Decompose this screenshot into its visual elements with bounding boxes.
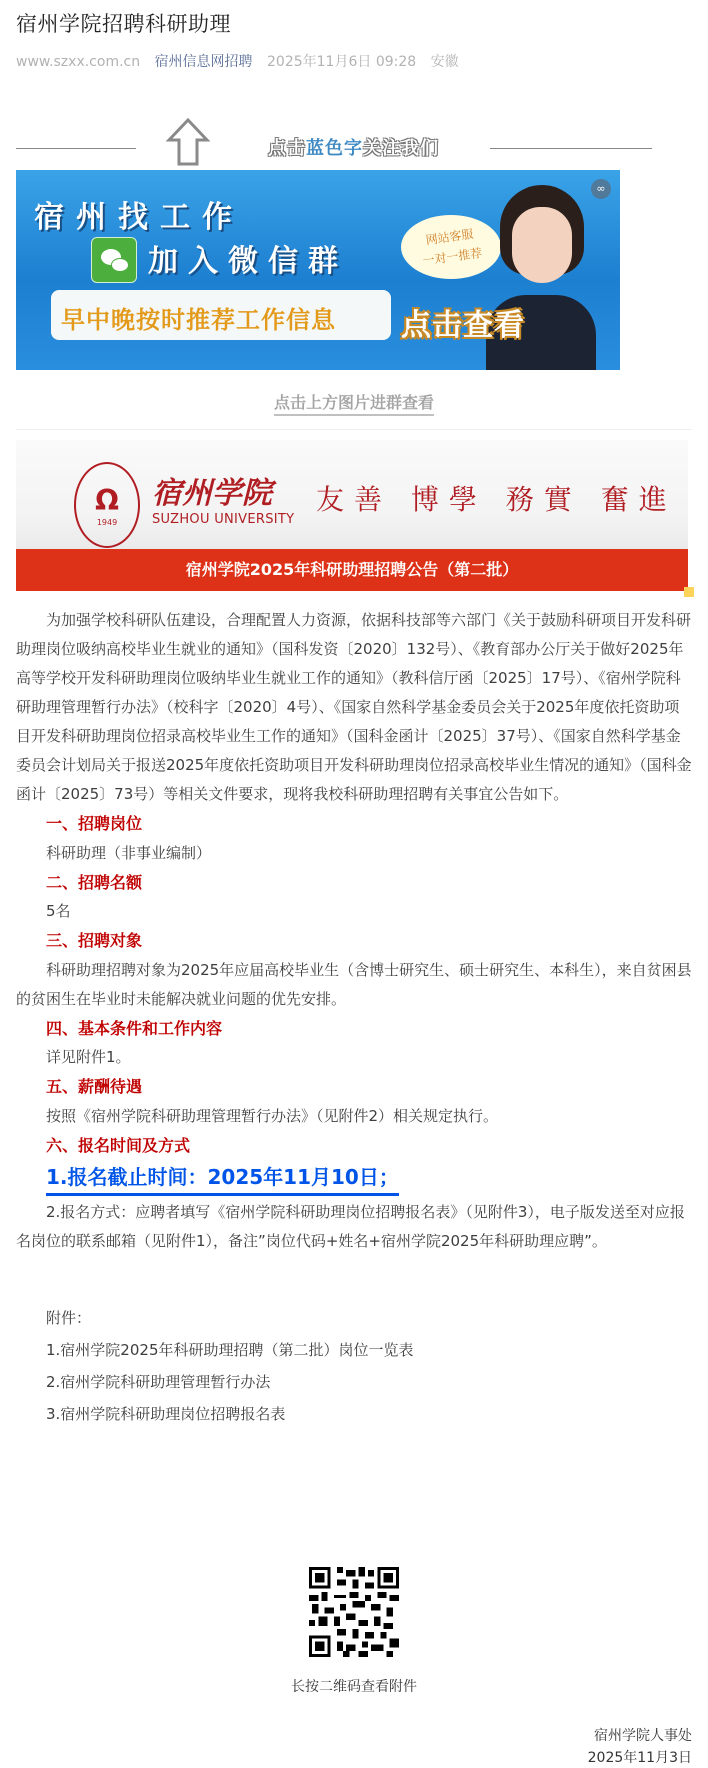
university-header-image: Ω 1949 宿州学院 SUZHOU UNIVERSITY 友善 博學 務實 奮…: [16, 440, 688, 550]
banner-pill: 早中晚按时推荐工作信息: [51, 290, 391, 340]
bubble-line-2: 一对一推荐: [422, 246, 483, 268]
attachments-label: 附件：: [16, 1302, 692, 1334]
section-heading: 六、报名时间及方式: [16, 1131, 692, 1161]
intro-paragraph: 为加强学校科研队伍建设，合理配置人力资源，依据科技部等六部门《关于鼓励科研项目开…: [16, 606, 692, 809]
qr-code-image[interactable]: [309, 1566, 399, 1658]
article-meta: www.szxx.com.cn 宿州信息网招聘 2025年11月6日 09:28…: [16, 51, 459, 71]
attachment-item: 1.宿州学院2025年科研助理招聘（第二批）岗位一览表: [16, 1334, 692, 1366]
section-text: 按照《宿州学院科研助理管理暂行办法》（见附件2）相关规定执行。: [16, 1102, 692, 1131]
university-name-cn: 宿州学院: [152, 468, 272, 512]
click-hint-text: 点击上方图片进群查看: [274, 393, 434, 416]
divider-line-left: [16, 148, 136, 149]
click-hint: 点击上方图片进群查看: [0, 390, 708, 413]
university-seal-icon: Ω 1949: [74, 462, 140, 548]
follow-prefix: 点击: [268, 138, 306, 159]
section-heading: 五、薪酬待遇: [16, 1072, 692, 1102]
bubble-line-1: 网站客服: [425, 227, 474, 248]
banner-headline: 宿州找工作: [34, 192, 244, 236]
divider-line-right: [490, 148, 652, 149]
signature-date: 2025年11月3日: [588, 1747, 692, 1768]
signature-org: 宿州学院人事处: [588, 1725, 692, 1747]
university-motto: 友善 博學 務實 奮進: [316, 478, 677, 518]
section-text: 详见附件1。: [16, 1043, 692, 1072]
section-heading: 二、招聘名额: [16, 868, 692, 898]
section-heading: 一、招聘岗位: [16, 809, 692, 839]
deadline-text: 1.报名截止时间：2025年11月10日；: [46, 1162, 399, 1196]
follow-us-text[interactable]: 点击蓝色字关注我们: [268, 134, 439, 160]
link-icon: ∞: [591, 179, 611, 199]
section-text: 科研助理（非事业编制）: [16, 839, 692, 868]
section-divider: [16, 429, 692, 430]
deadline-highlight: 1.报名截止时间：2025年11月10日；: [16, 1162, 692, 1196]
notice-title: 宿州学院2025年科研助理招聘公告（第二批）: [186, 560, 519, 579]
up-arrow-icon: [166, 118, 210, 166]
source-domain: www.szxx.com.cn: [16, 54, 140, 70]
application-method: 2.报名方式：应聘者填写《宿州学院科研助理岗位招聘报名表》（见附件3），电子版发…: [16, 1198, 692, 1256]
section-heading: 四、基本条件和工作内容: [16, 1014, 692, 1044]
section-text: 科研助理招聘对象为2025年应届高校毕业生（含博士研究生、硕士研究生、本科生），…: [16, 956, 692, 1014]
section-text: 5名: [16, 897, 692, 926]
wechat-group-banner[interactable]: 宿州找工作 加入微信群 早中晚按时推荐工作信息 网站客服一对一推荐 点击查看 ∞: [16, 170, 620, 370]
follow-highlight: 蓝色字: [306, 138, 363, 159]
signature-block: 宿州学院人事处 2025年11月3日: [588, 1725, 692, 1768]
publish-location: 安徽: [431, 54, 459, 70]
banner-cta: 点击查看: [401, 300, 525, 344]
section-heading: 三、招聘对象: [16, 926, 692, 956]
notice-title-bar: 宿州学院2025年科研助理招聘公告（第二批）: [16, 549, 688, 591]
seal-year: 1949: [76, 518, 138, 527]
attachment-item: 2.宿州学院科研助理管理暂行办法: [16, 1366, 692, 1398]
corner-accent: [684, 587, 694, 597]
account-name-link[interactable]: 宿州信息网招聘: [155, 54, 253, 70]
seal-symbol: Ω: [76, 484, 138, 517]
banner-pill-text: 早中晚按时推荐工作信息: [61, 300, 336, 335]
article-body: 为加强学校科研队伍建设，合理配置人力资源，依据科技部等六部门《关于鼓励科研项目开…: [16, 606, 692, 1430]
publish-datetime: 2025年11月6日 09:28: [267, 54, 416, 70]
wechat-icon: [91, 237, 137, 283]
banner-subheadline: 加入微信群: [148, 236, 348, 280]
article-title: 宿州学院招聘科研助理: [16, 8, 231, 38]
qr-caption: 长按二维码查看附件: [0, 1676, 708, 1696]
follow-us-banner: 点击蓝色字关注我们: [0, 118, 708, 168]
follow-suffix: 关注我们: [363, 138, 439, 159]
attachment-item: 3.宿州学院科研助理岗位招聘报名表: [16, 1398, 692, 1430]
university-name-en: SUZHOU UNIVERSITY: [152, 512, 294, 527]
